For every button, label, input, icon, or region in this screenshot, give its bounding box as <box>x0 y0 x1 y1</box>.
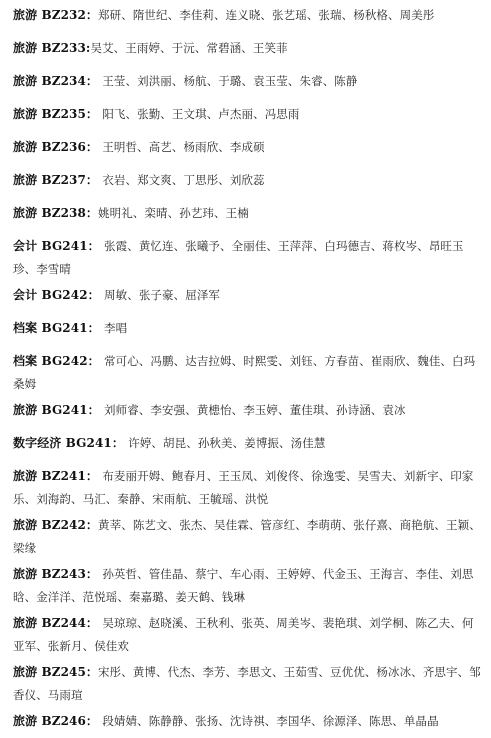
student-names: 姚明礼、栾晴、孙艺玮、王楠 <box>98 206 249 220</box>
roster-entry-bz232: 旅游 BZ232：郑研、隋世纪、李佳莉、连义晓、张艺瑶、张瑞、杨秋格、周美彤 <box>13 4 481 27</box>
roster-entry-bz242: 旅游 BZ242：黄莘、陈艺文、张杰、吴佳霖、管彦红、李萌萌、张仔熹、商艳航、王… <box>13 514 481 560</box>
roster-entry-tourism-bg241: 旅游 BG241： 刘师睿、李安强、黄槵怡、李玉婷、董佳琪、孙诗涵、袁冰 <box>13 399 481 422</box>
roster-entry-bz237: 旅游 BZ237： 衣岩、郑文爽、丁思彤、刘欣蕊 <box>13 169 481 192</box>
class-label: 档案 BG241： <box>13 321 104 335</box>
student-names: 阳飞、张勤、王文琪、卢杰丽、冯思雨 <box>102 107 299 121</box>
roster-entry-archives-bg242: 档案 BG242： 常可心、冯鹏、达吉拉姆、时熙雯、刘钰、方春苗、崔雨欣、魏佳、… <box>13 350 481 396</box>
student-names: 郑研、隋世纪、李佳莉、连义晓、张艺瑶、张瑞、杨秋格、周美彤 <box>98 8 434 22</box>
student-names: 李唱 <box>104 321 127 335</box>
student-names: 王明哲、高艺、杨雨欣、李成硕 <box>102 140 264 154</box>
class-label: 旅游 BZ238： <box>13 206 98 220</box>
roster-entry-bz235: 旅游 BZ235： 阳飞、张勤、王文琪、卢杰丽、冯思雨 <box>13 103 481 126</box>
class-label: 旅游 BZ237： <box>13 173 102 187</box>
student-names: 周敏、张子豪、屈泽军 <box>104 288 220 302</box>
student-names: 衣岩、郑文爽、丁思彤、刘欣蕊 <box>102 173 264 187</box>
class-label: 旅游 BZ242： <box>13 518 98 532</box>
student-names: 吴艾、王雨婷、于沅、常碧涵、王笑菲 <box>90 41 287 55</box>
class-label: 会计 BG241： <box>13 239 104 253</box>
roster-entry-bz243: 旅游 BZ243： 孙英哲、管佳晶、蔡宁、车心雨、王婷婷、代金玉、王海言、李佳、… <box>13 563 481 609</box>
class-roster-document: 旅游 BZ232：郑研、隋世纪、李佳莉、连义晓、张艺瑶、张瑞、杨秋格、周美彤 旅… <box>13 4 481 738</box>
student-names: 段婧婧、陈静静、张扬、沈诗祺、李国华、徐源泽、陈思、单晶晶 <box>102 714 438 728</box>
roster-entry-bz238: 旅游 BZ238：姚明礼、栾晴、孙艺玮、王楠 <box>13 202 481 225</box>
roster-entry-digital-economy-bg241: 数字经济 BG241： 许婷、胡昆、孙秋美、姜博振、汤佳慧 <box>13 432 481 455</box>
class-label: 旅游 BZ245： <box>13 665 98 679</box>
roster-entry-accounting-bg241: 会计 BG241： 张霞、黄忆连、张曦予、全丽佳、王萍萍、白玛德吉、蒋枚岑、昂旺… <box>13 235 481 281</box>
roster-entry-bz245: 旅游 BZ245：宋彤、黄博、代杰、李芳、李思文、王茹雪、豆优优、杨冰冰、齐思宇… <box>13 661 481 707</box>
roster-entry-accounting-bg242: 会计 BG242： 周敏、张子豪、屈泽军 <box>13 284 481 307</box>
class-label: 旅游 BZ244： <box>13 616 102 630</box>
roster-entry-bz241: 旅游 BZ241： 布麦丽开姆、鲍春月、王玉凤、刘俊佟、徐逸雯、吴雪夫、刘新宇、… <box>13 465 481 511</box>
class-label: 档案 BG242： <box>13 354 104 368</box>
class-label: 会计 BG242： <box>13 288 104 302</box>
class-label: 旅游 BG241： <box>13 403 104 417</box>
roster-entry-bz234: 旅游 BZ234： 王莹、刘洪丽、杨航、于璐、袁玉莹、朱睿、陈静 <box>13 70 481 93</box>
roster-entry-bz236: 旅游 BZ236： 王明哲、高艺、杨雨欣、李成硕 <box>13 136 481 159</box>
class-label: 旅游 BZ236： <box>13 140 102 154</box>
class-label: 数字经济 BG241： <box>13 436 128 450</box>
roster-entry-archives-bg241: 档案 BG241： 李唱 <box>13 317 481 340</box>
class-label: 旅游 BZ235： <box>13 107 102 121</box>
student-names: 许婷、胡昆、孙秋美、姜博振、汤佳慧 <box>128 436 325 450</box>
class-label: 旅游 BZ234： <box>13 74 102 88</box>
roster-entry-bz246: 旅游 BZ246： 段婧婧、陈静静、张扬、沈诗祺、李国华、徐源泽、陈思、单晶晶 <box>13 710 481 733</box>
class-label: 旅游 BZ232： <box>13 8 98 22</box>
student-names: 刘师睿、李安强、黄槵怡、李玉婷、董佳琪、孙诗涵、袁冰 <box>104 403 406 417</box>
student-names: 王莹、刘洪丽、杨航、于璐、袁玉莹、朱睿、陈静 <box>102 74 357 88</box>
class-label: 旅游 BZ243： <box>13 567 102 581</box>
class-label: 旅游 BZ233: <box>13 41 90 55</box>
roster-entry-bz244: 旅游 BZ244： 吴琼琼、赵晓溪、王秋利、张英、周美岑、裴艳琪、刘学桐、陈乙夫… <box>13 612 481 658</box>
class-label: 旅游 BZ246： <box>13 714 102 728</box>
class-label: 旅游 BZ241： <box>13 469 102 483</box>
roster-entry-bz233: 旅游 BZ233:吴艾、王雨婷、于沅、常碧涵、王笑菲 <box>13 37 481 60</box>
